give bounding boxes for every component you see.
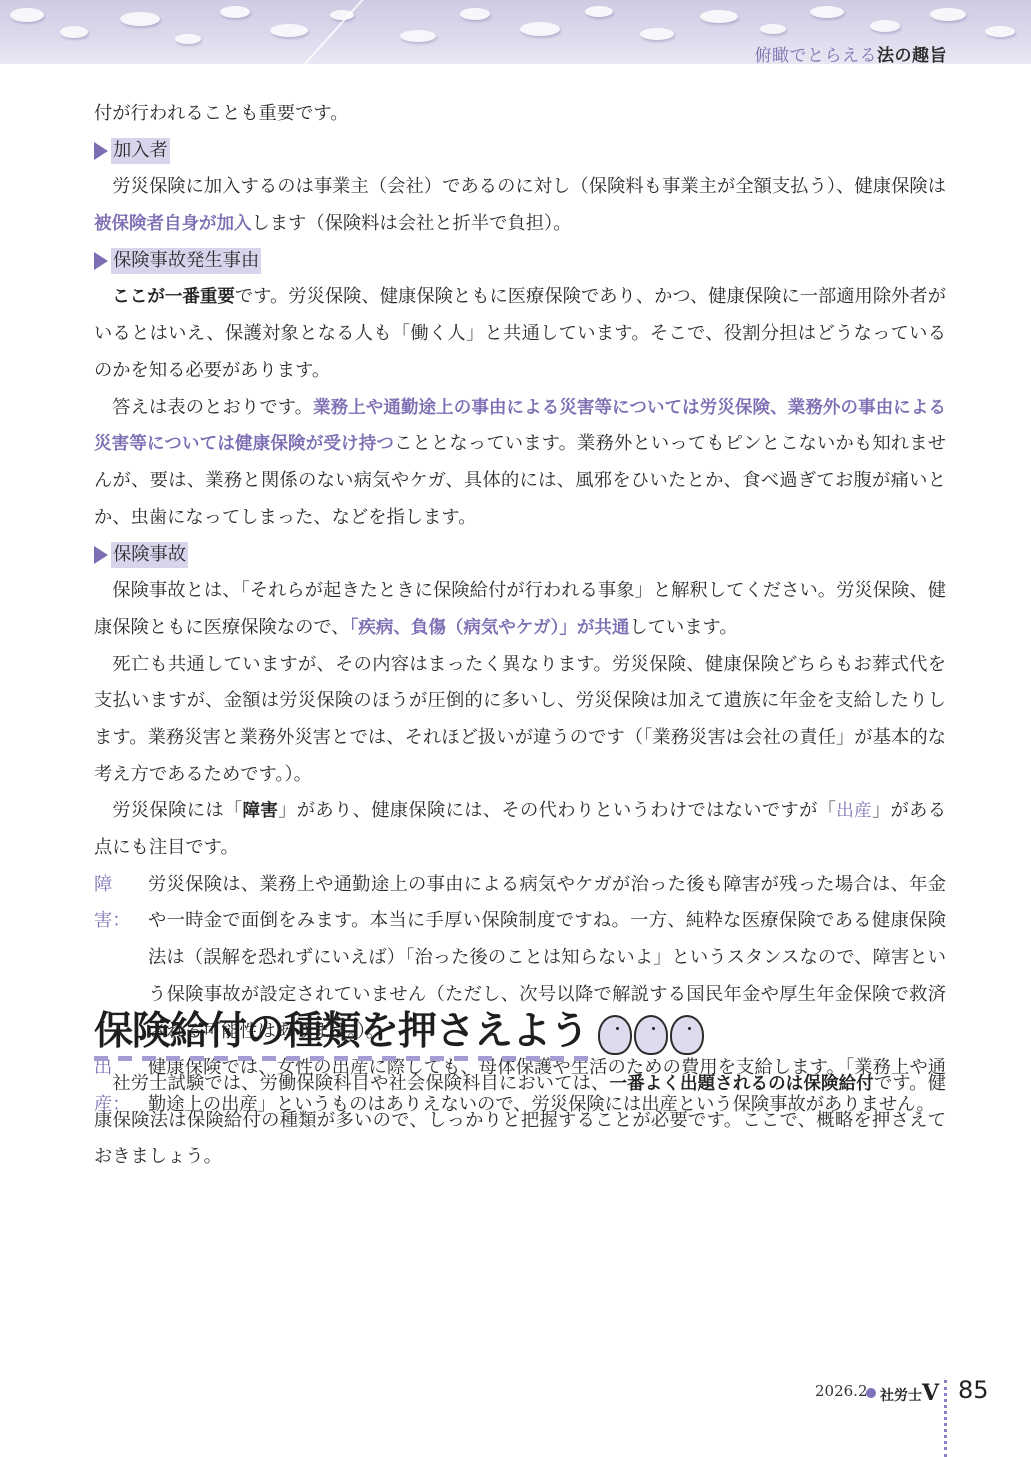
text: します（保険料は会社と折半で負担）。	[252, 213, 572, 234]
text: 労災保険に加入するのは事業主（会社）であるのに対し（保険料も事業主が全額支払う）…	[112, 176, 946, 197]
highlight-text: 被保険者自身が加入	[94, 214, 252, 234]
cloud-decoration	[220, 6, 250, 18]
dotted-divider	[944, 1380, 947, 1457]
page-footer: 2026.2 社労士V 85	[0, 1380, 1031, 1457]
chick-icon	[634, 1015, 668, 1055]
bold-text: 障害	[243, 801, 279, 821]
paragraph: 労災保険に加入するのは事業主（会社）であるのに対し（保険料も事業主が全額支払う）…	[94, 169, 946, 242]
magazine-logo: 社労士V	[880, 1380, 939, 1406]
header-banner: 俯瞰でとらえる法の趣旨	[0, 0, 1031, 64]
bold-text: 一番よく出題されるのは保険給付	[609, 1074, 873, 1094]
cloud-decoration	[270, 24, 308, 37]
subheading-kanyu: 加入者	[94, 133, 946, 170]
section-heading: 保険給付の種類を押さえよう	[94, 1005, 706, 1061]
paragraph: 死亡も共通していますが、その内容はまったく異なります。労災保険、健康保険どちらも…	[94, 647, 946, 794]
issue-date: 2026.2	[815, 1382, 868, 1400]
text: しています。	[629, 617, 737, 638]
paragraph: 保険事故とは、「それらが起きたときに保険給付が行われる事象」と解釈してください。…	[94, 573, 946, 646]
page-number: 85	[958, 1376, 989, 1404]
chick-icon	[598, 1015, 632, 1055]
bold-text: ここが一番重要	[112, 287, 235, 307]
subheading-label: 保険事故発生事由	[111, 248, 261, 274]
magazine-v-mark: V	[922, 1380, 939, 1406]
cloud-decoration	[60, 26, 88, 38]
triangle-bullet-icon	[94, 546, 108, 564]
cloud-decoration	[985, 26, 1015, 37]
subheading-jiyu: 保険事故発生事由	[94, 243, 946, 280]
cloud-decoration	[870, 20, 900, 32]
paragraph: 答えは表のとおりです。業務上や通勤途上の事由による災害等については労災保険、業務…	[94, 390, 946, 537]
header-title-bold: 法の趣旨	[877, 46, 947, 64]
magazine-name: 社労士	[880, 1388, 922, 1404]
highlight-text: 「疾病、負傷（病気やケガ）」が共通	[350, 618, 630, 638]
subheading-jiko: 保険事故	[94, 536, 946, 573]
cloud-decoration	[930, 8, 966, 21]
paragraph: 労災保険には「障害」があり、健康保険には、その代わりというわけではないですが「出…	[94, 793, 946, 866]
cloud-decoration	[175, 34, 201, 44]
cloud-decoration	[400, 30, 436, 42]
cloud-decoration	[810, 6, 844, 18]
cloud-decoration	[585, 6, 613, 17]
cloud-decoration	[10, 8, 44, 22]
bullet-dot-icon	[866, 1388, 876, 1398]
banner-streak	[296, 0, 371, 64]
cloud-decoration	[520, 22, 560, 36]
triangle-bullet-icon	[94, 252, 108, 270]
text: 社労士試験では、労働保険科目や社会保険科目においては、	[112, 1073, 609, 1094]
chick-icon	[670, 1015, 704, 1055]
paragraph: 付が行われることも重要です。	[94, 96, 946, 133]
cloud-decoration	[640, 28, 674, 40]
cloud-decoration	[120, 12, 160, 26]
article-body: 付が行われることも重要です。 加入者 労災保険に加入するのは事業主（会社）である…	[94, 96, 946, 1124]
cloud-decoration	[460, 8, 490, 20]
section-body: 社労士試験では、労働保険科目や社会保険科目においては、一番よく出題されるのは保険…	[94, 1066, 946, 1176]
paragraph: 社労士試験では、労働保険科目や社会保険科目においては、一番よく出題されるのは保険…	[94, 1066, 946, 1176]
cloud-decoration	[760, 24, 786, 34]
highlight-text: 出産	[836, 801, 872, 821]
chick-mascots	[598, 1015, 706, 1055]
triangle-bullet-icon	[94, 142, 108, 160]
cloud-decoration	[700, 10, 738, 23]
subheading-label: 保険事故	[111, 542, 188, 568]
header-title-light: 俯瞰でとらえる	[755, 46, 878, 64]
text: 」があり、健康保険には、その代わりというわけではないですが「	[278, 800, 836, 821]
subheading-label: 加入者	[111, 138, 170, 164]
section-heading-text: 保険給付の種類を押さえよう	[94, 1007, 588, 1061]
text: 答えは表のとおりです。	[112, 397, 313, 418]
text: 労災保険には「	[112, 800, 242, 821]
paragraph: ここが一番重要です。労災保険、健康保険ともに医療保険であり、かつ、健康保険に一部…	[94, 279, 946, 389]
running-header: 俯瞰でとらえる法の趣旨	[755, 41, 948, 64]
